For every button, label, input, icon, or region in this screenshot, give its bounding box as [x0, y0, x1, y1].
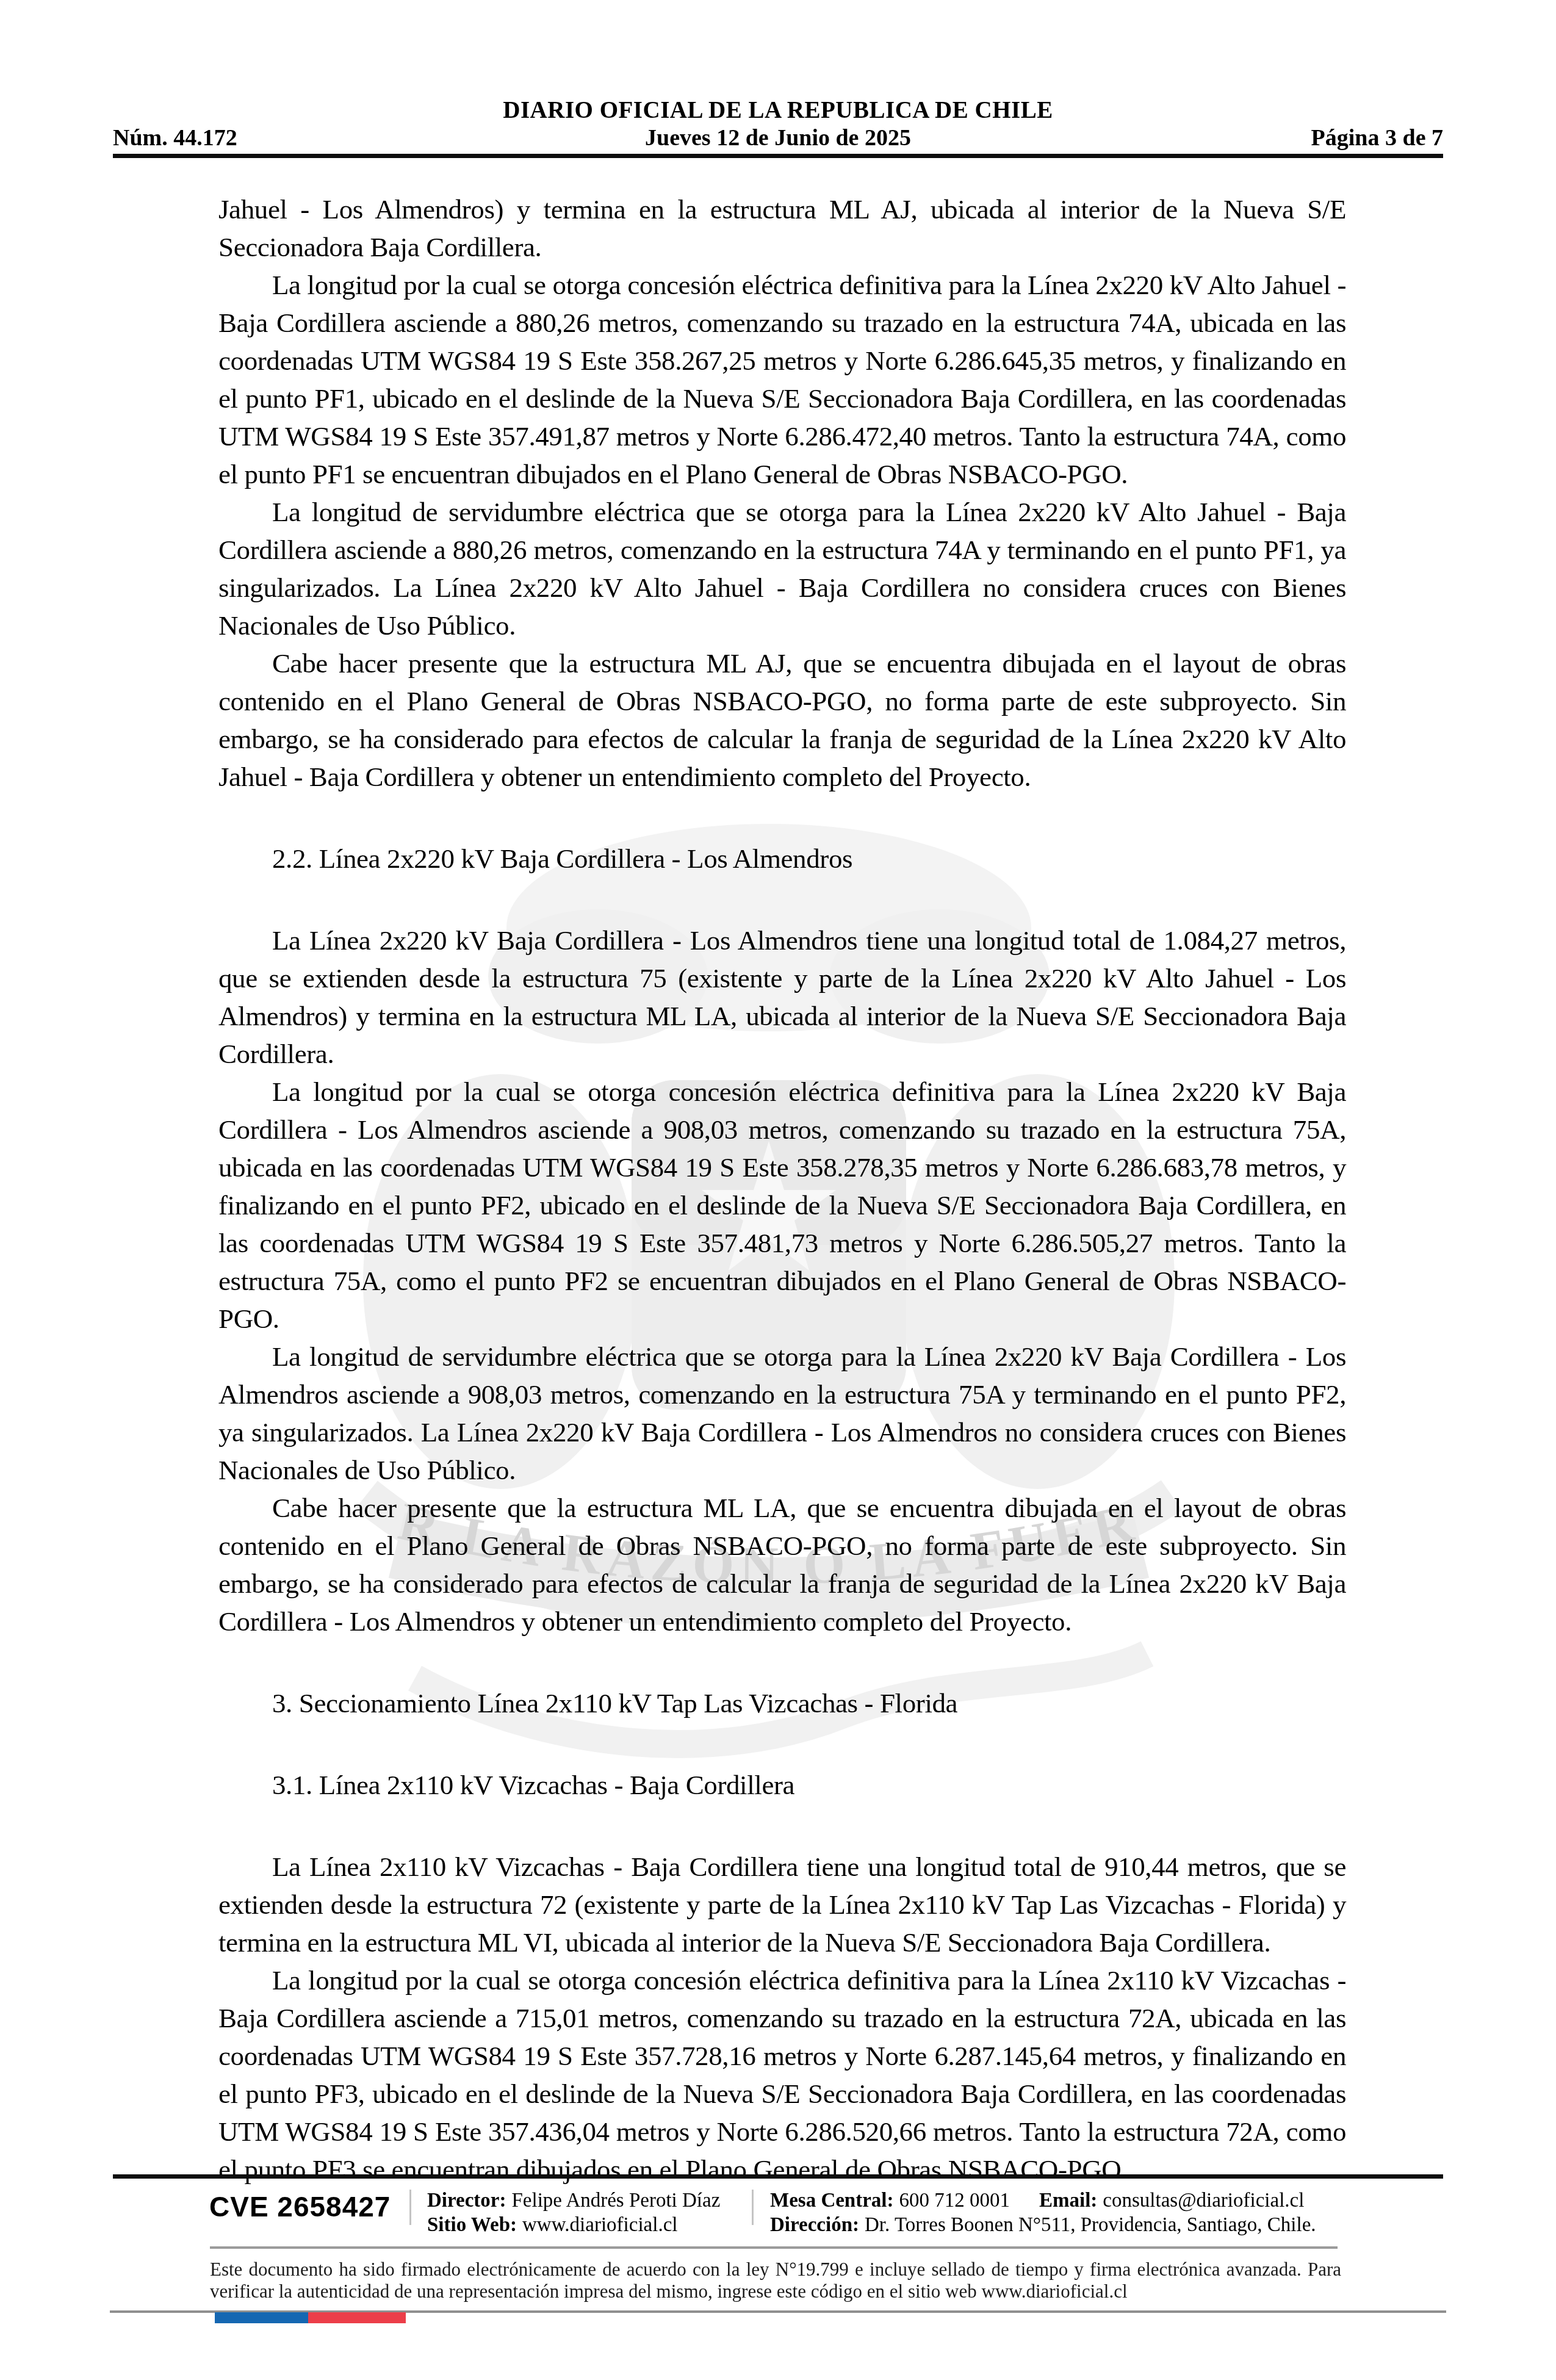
- address-label: Dirección:: [770, 2214, 859, 2236]
- signature-disclaimer: Este documento ha sido firmado electróni…: [210, 2259, 1341, 2302]
- flag-red-segment: [308, 2312, 406, 2323]
- email-group: Email:consultas@diarioficial.cl: [1039, 2190, 1304, 2212]
- footer-director-block: Director:Felipe Andrés Peroti Díaz Sitio…: [427, 2188, 720, 2237]
- director-row: Director:Felipe Andrés Peroti Díaz: [427, 2188, 720, 2213]
- footer-vertical-separator-2: [752, 2190, 754, 2225]
- section-heading-3: 3. Seccionamiento Línea 2x110 kV Tap Las…: [218, 1684, 1346, 1722]
- footer-vertical-separator-1: [409, 2190, 411, 2225]
- page-indicator: Página 3 de 7: [1311, 124, 1443, 151]
- paragraph: La Línea 2x220 kV Baja Cordillera - Los …: [218, 921, 1346, 1073]
- director-label: Director:: [427, 2190, 506, 2212]
- paragraph: Cabe hacer presente que la estructura ML…: [218, 644, 1346, 796]
- footer-middle-divider: [210, 2246, 1338, 2249]
- cve-code: CVE 2658427: [209, 2190, 391, 2223]
- paragraph: La longitud por la cual se otorga conces…: [218, 1073, 1346, 1338]
- page-title: DIARIO OFICIAL DE LA REPUBLICA DE CHILE: [0, 96, 1556, 124]
- paragraph: La Línea 2x110 kV Vizcachas - Baja Cordi…: [218, 1848, 1346, 1961]
- body-text: Jahuel - Los Almendros) y termina en la …: [218, 190, 1346, 2188]
- address-text: Dr. Torres Boonen N°511, Providencia, Sa…: [865, 2214, 1316, 2236]
- email-address: consultas@diarioficial.cl: [1103, 2190, 1304, 2212]
- phone-number: 600 712 0001: [899, 2190, 1010, 2212]
- section-heading-3-1: 3.1. Línea 2x110 kV Vizcachas - Baja Cor…: [218, 1766, 1346, 1804]
- paragraph: Cabe hacer presente que la estructura ML…: [218, 1489, 1346, 1640]
- website-url: www.diarioficial.cl: [522, 2214, 677, 2236]
- phone-email-row: Mesa Central:600 712 0001Email:consultas…: [770, 2188, 1316, 2213]
- director-name: Felipe Andrés Peroti Díaz: [511, 2190, 720, 2212]
- paragraph: Jahuel - Los Almendros) y termina en la …: [218, 190, 1346, 266]
- paragraph: La longitud por la cual se otorga conces…: [218, 1961, 1346, 2188]
- phone-label: Mesa Central:: [770, 2190, 894, 2212]
- email-label: Email:: [1039, 2190, 1097, 2212]
- website-label: Sitio Web:: [427, 2214, 517, 2236]
- address-row: Dirección:Dr. Torres Boonen N°511, Provi…: [770, 2213, 1316, 2237]
- section-heading-2-2: 2.2. Línea 2x220 kV Baja Cordillera - Lo…: [218, 840, 1346, 878]
- footer-top-divider: [113, 2174, 1443, 2179]
- paragraph: La longitud por la cual se otorga conces…: [218, 266, 1346, 493]
- paragraph: La longitud de servidumbre eléctrica que…: [218, 1338, 1346, 1489]
- paragraph: La longitud de servidumbre eléctrica que…: [218, 493, 1346, 644]
- footer-contact-block: Mesa Central:600 712 0001Email:consultas…: [770, 2188, 1316, 2237]
- chile-flag-bar: [215, 2312, 406, 2323]
- gazette-page: DIARIO OFICIAL DE LA REPUBLICA DE CHILE …: [0, 0, 1556, 2380]
- header-divider: [113, 154, 1443, 158]
- website-row: Sitio Web:www.diarioficial.cl: [427, 2213, 720, 2237]
- flag-blue-segment: [215, 2312, 308, 2323]
